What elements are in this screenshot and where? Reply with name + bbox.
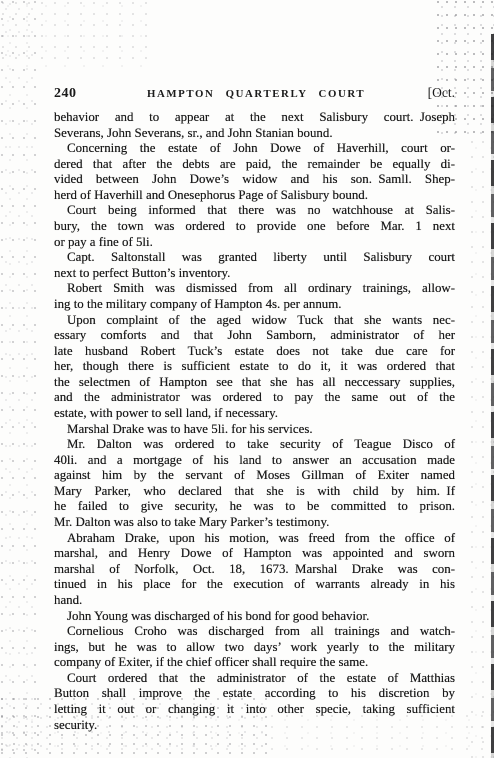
text-line: Capt. Saltonstall was granted liberty un…: [54, 250, 455, 266]
text-line: Upon complaint of the aged widow Tuck th…: [54, 313, 455, 329]
paragraph: Marshal Drake was to have 5li. for his s…: [54, 422, 455, 438]
paragraph: Concerning the estate of John Dowe of Ha…: [54, 141, 455, 203]
paragraph: John Young was discharged of his bond fo…: [54, 609, 455, 625]
running-header-row: 240 HAMPTON QUARTERLY COURT [Oct.: [54, 85, 455, 102]
text-line: tinued in his place for the execution of…: [54, 577, 455, 593]
text-line: Severans, John Severans, sr., and John S…: [54, 126, 455, 142]
text-line: John Young was discharged of his bond fo…: [54, 609, 455, 625]
running-title: HAMPTON QUARTERLY COURT: [147, 88, 365, 100]
text-line: bury, the town was ordered to provide on…: [54, 219, 455, 235]
paragraph: Abraham Drake, upon his motion, was free…: [54, 531, 455, 609]
text-line: 40li. and a mortgage of his land to answ…: [54, 453, 455, 469]
paragraph: Court being informed that there was no w…: [54, 203, 455, 250]
text-line: letting it out or changing it into other…: [54, 702, 455, 718]
text-line: next to perfect Button’s inventory.: [54, 266, 455, 282]
text-line: company of Exiter, if the chief officer …: [54, 655, 455, 671]
paragraph: Robert Smith was dismissed from all ordi…: [54, 281, 455, 312]
text-line: Mary Parker, who declared that she is wi…: [54, 484, 455, 500]
text-line: the selectmen of Hampton see that she ha…: [54, 375, 455, 391]
text-line: Marshal Drake was to have 5li. for his s…: [54, 422, 455, 438]
text-line: estate, with power to sell land, if nece…: [54, 406, 455, 422]
text-line: and the administrator was ordered to pay…: [54, 390, 455, 406]
paragraph: Upon complaint of the aged widow Tuck th…: [54, 313, 455, 422]
page-body: behavior and to appear at the next Salis…: [54, 110, 455, 733]
text-line: Mr. Dalton was ordered to take security …: [54, 437, 455, 453]
text-line: ing to the military company of Hampton 4…: [54, 297, 455, 313]
text-line: dered that after the debts are paid, the…: [54, 157, 455, 173]
text-line: against him by the servant of Moses Gill…: [54, 468, 455, 484]
text-line: Court ordered that the administrator of …: [54, 671, 455, 687]
paragraph: behavior and to appear at the next Salis…: [54, 110, 455, 141]
text-line: Abraham Drake, upon his motion, was free…: [54, 531, 455, 547]
text-line: herd of Haverhill and Onesephorus Page o…: [54, 188, 455, 204]
text-line: or pay a fine of 5li.: [54, 235, 455, 251]
text-line: hand.: [54, 593, 455, 609]
book-page-scan: 240 HAMPTON QUARTERLY COURT [Oct. behavi…: [0, 0, 494, 758]
text-line: late husband Robert Tuck’s estate does n…: [54, 344, 455, 360]
page-number: 240: [54, 86, 77, 102]
text-line: marshal of Norfolk, Oct. 18, 1673. Marsh…: [54, 562, 455, 578]
text-line: essary comforts and that John Samborn, a…: [54, 328, 455, 344]
paragraph: Mr. Dalton was ordered to take security …: [54, 437, 455, 530]
text-line: marshal, and Henry Dowe of Hampton was a…: [54, 546, 455, 562]
text-line: Button shall improve the estate accordin…: [54, 686, 455, 702]
text-line: Concerning the estate of John Dowe of Ha…: [54, 141, 455, 157]
text-line: Court being informed that there was no w…: [54, 203, 455, 219]
text-line: Mr. Dalton was also to take Mary Parker’…: [54, 515, 455, 531]
paper-texture-top-left: [0, 0, 150, 68]
paragraph: Capt. Saltonstall was granted liberty un…: [54, 250, 455, 281]
paragraph: Court ordered that the administrator of …: [54, 671, 455, 733]
date-marker: [Oct.: [428, 85, 455, 101]
text-line: security.: [54, 718, 455, 734]
text-line: behavior and to appear at the next Salis…: [54, 110, 455, 126]
text-line: Cornelious Croho was discharged from all…: [54, 624, 455, 640]
paper-texture-left: [0, 0, 40, 758]
text-line: ings, but he was to allow two days’ work…: [54, 640, 455, 656]
text-line: vided between John Dowe’s widow and his …: [54, 172, 455, 188]
paragraph: Cornelious Croho was discharged from all…: [54, 624, 455, 671]
text-line: her, though there is sufficient estate t…: [54, 359, 455, 375]
text-line: he failed to give security, he was to be…: [54, 499, 455, 515]
text-line: Robert Smith was dismissed from all ordi…: [54, 281, 455, 297]
